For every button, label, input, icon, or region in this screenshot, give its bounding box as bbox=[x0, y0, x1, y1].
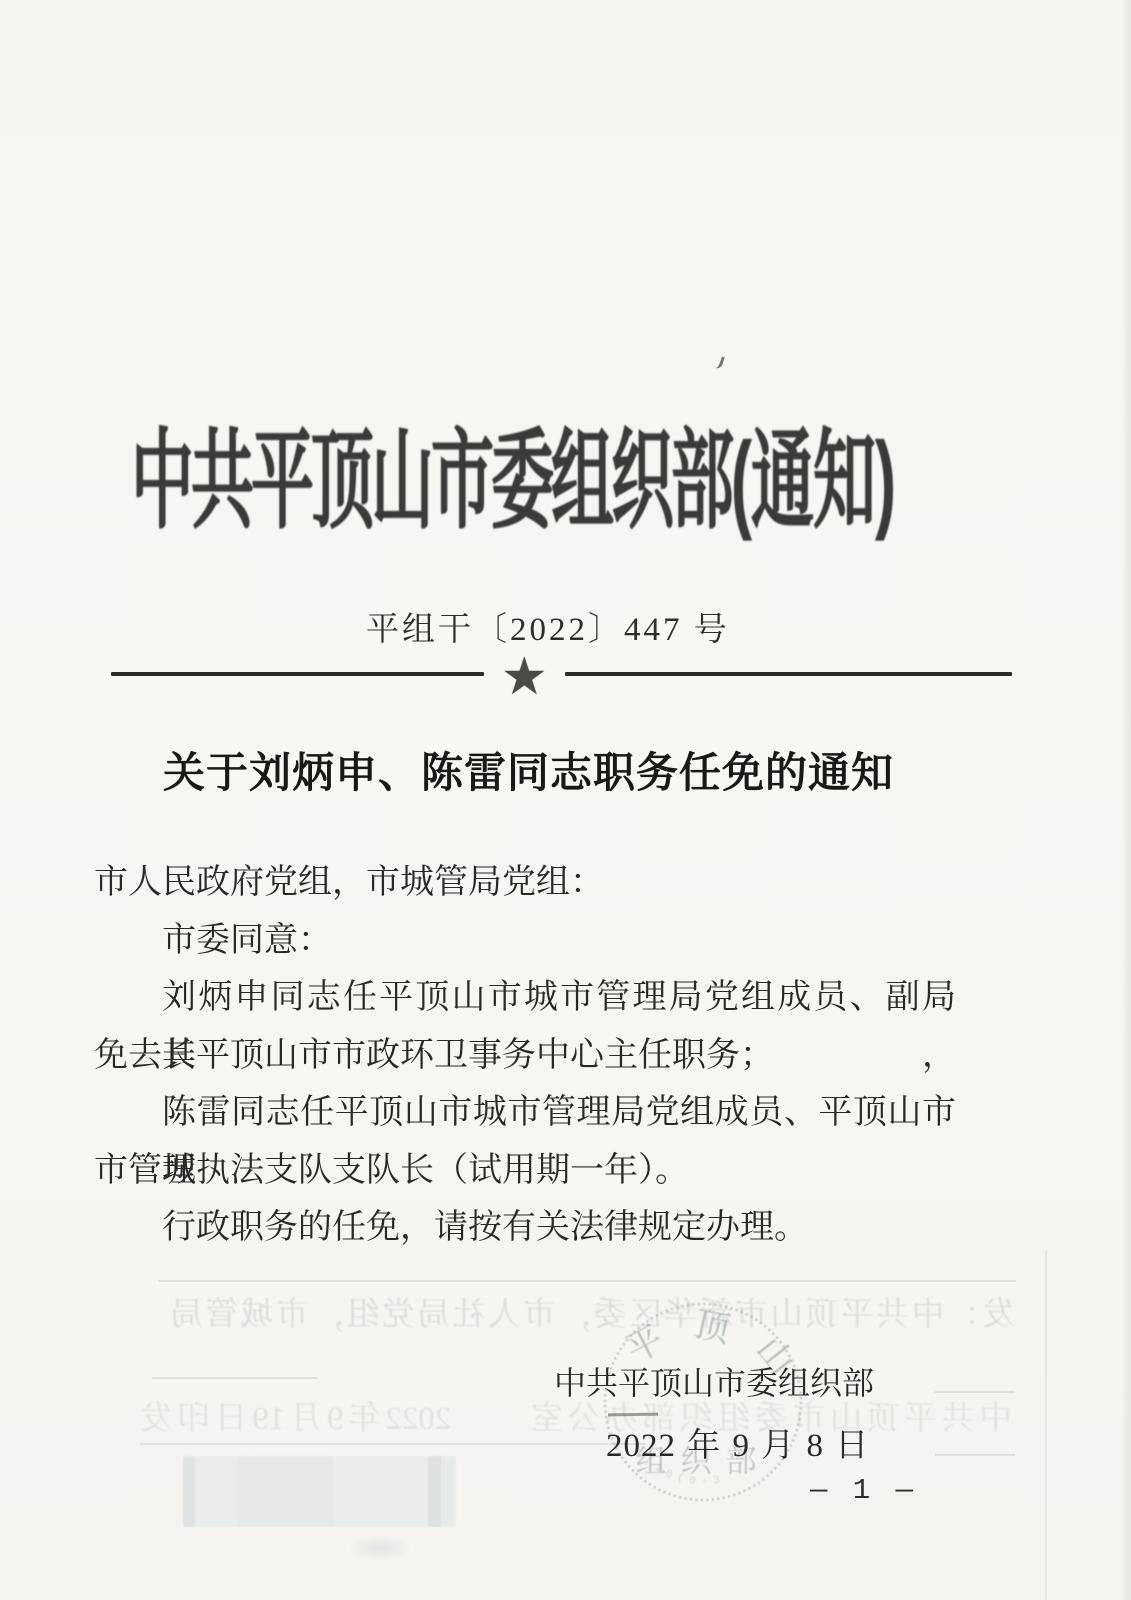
bleedthrough-rule bbox=[935, 1454, 1015, 1456]
notice-body: 市人民政府党组，市城管局党组： 市委同意： 刘炳申同志任平顶山市城市管理局党组成… bbox=[94, 854, 956, 1257]
bleedthrough-rule bbox=[935, 1391, 1015, 1393]
issuing-authority-signature: 中共平顶山市委组织部 bbox=[554, 1358, 866, 1404]
bleedthrough-rule bbox=[158, 1280, 1016, 1282]
letterhead-text: 中共平顶山市委组织部 bbox=[131, 422, 731, 542]
body-line-salutation: 市人民政府党组，市城管局党组： bbox=[94, 854, 956, 912]
scanned-document-page: 中共平顶山市委组织部(通知) 平组干〔2022〕447 号 ★ 关于刘炳申、陈雷… bbox=[0, 0, 1131, 1600]
scan-edge-shadow bbox=[1121, 0, 1131, 1600]
letterhead-banner: 中共平顶山市委组织部(通知) bbox=[131, 394, 895, 551]
body-line: 刘炳申同志任平顶山市城市管理局党组成员、副局长， bbox=[94, 969, 956, 1027]
body-line: 市管理执法支队支队长（试用期一年）。 bbox=[94, 1142, 956, 1200]
document-number: 平组干〔2022〕447 号 bbox=[366, 603, 730, 650]
scan-artifact-mark bbox=[714, 355, 725, 370]
body-line: 陈雷同志任平顶山市城市管理局党组成员、平顶山市城 bbox=[94, 1084, 956, 1142]
body-line: 行政职务的任免，请按有关法律规定办理。 bbox=[94, 1199, 956, 1257]
divider-right-segment bbox=[565, 672, 1012, 676]
body-line: 市委同意： bbox=[94, 912, 956, 970]
notice-title: 关于刘炳申、陈雷同志职务任免的通知 bbox=[163, 740, 968, 800]
star-icon: ★ bbox=[501, 655, 548, 701]
bleedthrough-rule bbox=[140, 1443, 645, 1445]
bleedthrough-dark-block bbox=[183, 1456, 456, 1527]
letterhead-suffix: (通知) bbox=[731, 422, 895, 542]
issue-date: 2022 年 9 月 8 日 bbox=[606, 1419, 869, 1466]
bleedthrough-smudge bbox=[348, 1536, 412, 1560]
scan-artifact-line bbox=[608, 1413, 658, 1417]
paper-fold-line bbox=[1045, 1250, 1047, 1600]
divider-rule: ★ bbox=[111, 650, 1012, 698]
divider-left-segment bbox=[111, 672, 484, 676]
page-number: — 1 — bbox=[810, 1474, 917, 1507]
bleedthrough-rule bbox=[152, 1377, 317, 1379]
bleedthrough-mirrored-text: 发：中共平顶山市新华区委，市人社局党组，市城管局 bbox=[170, 1288, 1015, 1335]
